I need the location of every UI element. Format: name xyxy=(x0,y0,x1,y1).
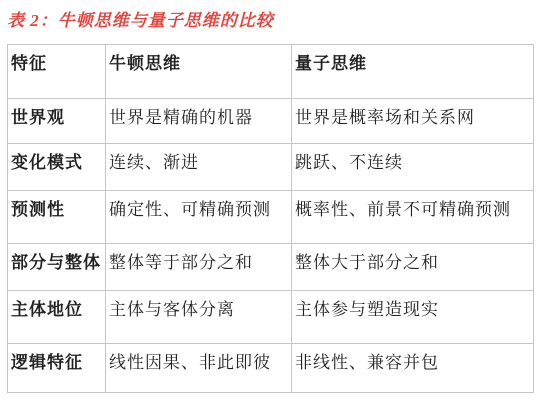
comparison-table: 特征 牛顿思维 量子思维 世界观 世界是精确的机器 世界是概率场和关系网 变化模… xyxy=(7,44,534,393)
row-feature-cell: 逻辑特征 xyxy=(8,344,106,393)
table-row: 部分与整体 整体等于部分之和 整体大于部分之和 xyxy=(8,244,534,291)
row-quantum-cell: 非线性、兼容并包 xyxy=(292,344,534,393)
row-newtonian-cell: 连续、渐进 xyxy=(106,144,292,191)
row-feature-cell: 主体地位 xyxy=(8,291,106,344)
table-row: 变化模式 连续、渐进 跳跃、不连续 xyxy=(8,144,534,191)
header-cell-feature: 特征 xyxy=(8,45,106,99)
row-feature-cell: 预测性 xyxy=(8,191,106,244)
row-feature-cell: 世界观 xyxy=(8,99,106,144)
table-row: 预测性 确定性、可精确预测 概率性、前景不可精确预测 xyxy=(8,191,534,244)
table-header-row: 特征 牛顿思维 量子思维 xyxy=(8,45,534,99)
row-newtonian-cell: 确定性、可精确预测 xyxy=(106,191,292,244)
row-quantum-cell: 主体参与塑造现实 xyxy=(292,291,534,344)
row-feature-cell: 变化模式 xyxy=(8,144,106,191)
table-row: 逻辑特征 线性因果、非此即彼 非线性、兼容并包 xyxy=(8,344,534,393)
row-feature-cell: 部分与整体 xyxy=(8,244,106,291)
row-quantum-cell: 整体大于部分之和 xyxy=(292,244,534,291)
table-row: 主体地位 主体与客体分离 主体参与塑造现实 xyxy=(8,291,534,344)
table-row: 世界观 世界是精确的机器 世界是概率场和关系网 xyxy=(8,99,534,144)
table-caption: 表 2：牛顿思维与量子思维的比较 xyxy=(7,6,274,31)
row-newtonian-cell: 世界是精确的机器 xyxy=(106,99,292,144)
row-newtonian-cell: 主体与客体分离 xyxy=(106,291,292,344)
row-newtonian-cell: 整体等于部分之和 xyxy=(106,244,292,291)
row-newtonian-cell: 线性因果、非此即彼 xyxy=(106,344,292,393)
row-quantum-cell: 跳跃、不连续 xyxy=(292,144,534,191)
header-cell-newtonian: 牛顿思维 xyxy=(106,45,292,99)
document-page: 表 2：牛顿思维与量子思维的比较 特征 牛顿思维 量子思维 世界观 世界是精确的… xyxy=(0,0,550,413)
header-cell-quantum: 量子思维 xyxy=(292,45,534,99)
row-quantum-cell: 世界是概率场和关系网 xyxy=(292,99,534,144)
row-quantum-cell: 概率性、前景不可精确预测 xyxy=(292,191,534,244)
